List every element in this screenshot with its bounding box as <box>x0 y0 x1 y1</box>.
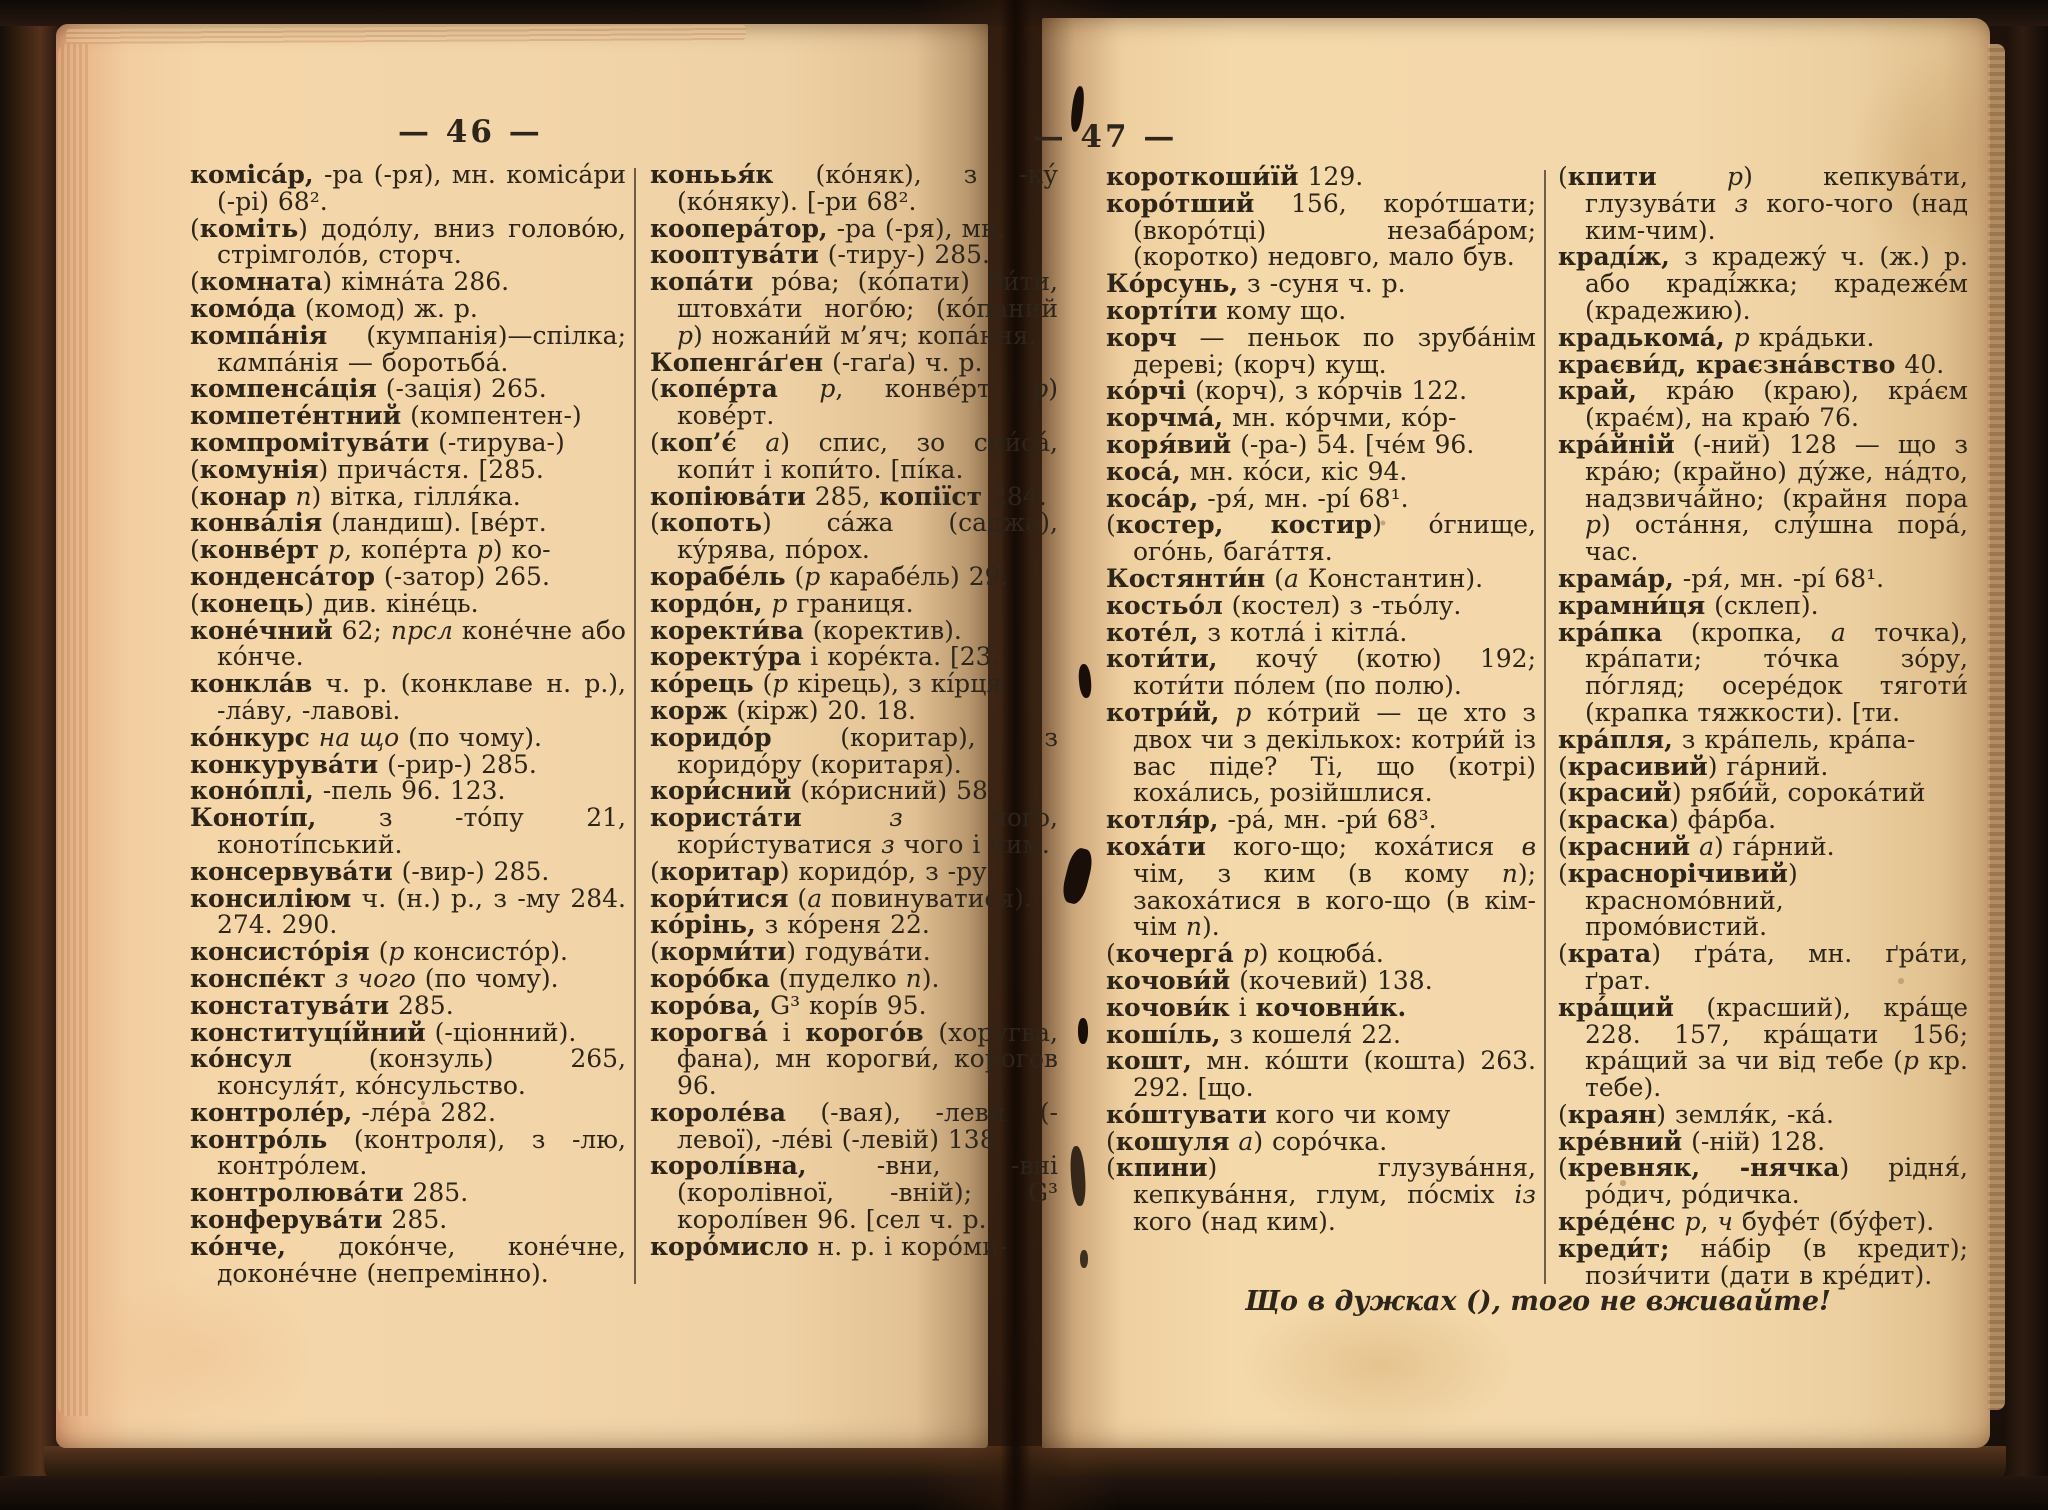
page-46-column-divider <box>634 168 636 1284</box>
dictionary-entry: кре́де́нс р, ч буфе́т (бу́фет). <box>1558 1209 1968 1236</box>
dictionary-entry: краді́ж, з крадежу́ ч. (ж.) р. або краді… <box>1558 244 1968 324</box>
page-47-column-1: короткоши́їй 129.коро́тший 156, коро́тша… <box>1106 164 1536 1280</box>
dictionary-entry: кра́пля, з кра́пель, кра́па- <box>1558 727 1968 754</box>
dictionary-entry: коші́ль, з кошеля́ 22. <box>1106 1022 1536 1049</box>
dictionary-entry: (кревняк, -нячка) рідня́, ро́дич, ро́дич… <box>1558 1155 1968 1209</box>
dictionary-entry: крадькома́, р кра́дьки. <box>1558 325 1968 352</box>
dictionary-entry: (красний а) га́рний. <box>1558 834 1968 861</box>
dictionary-entry: ко́нкурс на що (по чому). <box>190 725 626 752</box>
dictionary-entry: кра́пка (кропка, а точка), кра́пати; то́… <box>1558 620 1968 727</box>
dictionary-entry: коря́вий (-ра-) 54. [че́м 96. <box>1106 432 1536 459</box>
dictionary-entry: контро́ль (контроля), з -лю, контро́лем. <box>190 1127 626 1181</box>
dictionary-entry: край, кра́ю (краю), кра́єм (крає́м), на … <box>1558 378 1968 432</box>
page-number-46: — 46 — <box>398 114 538 150</box>
book-cover-left-edge <box>0 0 58 1510</box>
dictionary-entry: кре́вний (-ній) 128. <box>1558 1129 1968 1156</box>
dictionary-entry: (красий) ряби́й, сорока́тий <box>1558 780 1968 807</box>
dictionary-entry: комо́да (комод) ж. р. <box>190 296 626 323</box>
page-47-column-divider <box>1544 170 1546 1284</box>
dictionary-entry: коопера́тор, -ра (-ря), мн. <box>650 216 1058 243</box>
dictionary-entry: Костянти́н (а Константин). <box>1106 566 1536 593</box>
dictionary-entry: коро́ва, G³ корі́в 95. <box>650 993 1058 1020</box>
photo-bottom-edge <box>0 1476 2048 1510</box>
dictionary-entry: коса́, мн. ко́си, кіс 94. <box>1106 459 1536 486</box>
dictionary-entry: коро́тший 156, коро́тшати; (вкоро́тці) н… <box>1106 191 1536 271</box>
dictionary-entry: контролюва́ти 285. <box>190 1180 626 1207</box>
dictionary-entry: костьо́л (костел) з -тьо́лу. <box>1106 593 1536 620</box>
dictionary-entry: коньья́к (ко́няк), з -ку́ (ко́няку). [-р… <box>650 162 1058 216</box>
dictionary-entry: конферува́ти 285. <box>190 1207 626 1234</box>
dictionary-entry: (комунія) прича́стя. [285. <box>190 457 626 484</box>
dictionary-entry: (костер, костир) о́гнище, ого́нь, бага́т… <box>1106 512 1536 566</box>
dictionary-entry: конституці́йний (-ціонний). <box>190 1020 626 1047</box>
dictionary-entry: ко́рець (р кірець), з кі́рця <box>650 671 1058 698</box>
dictionary-entry: (конар п) вітка, гілля́ка. <box>190 484 626 511</box>
page-stack-left-edge <box>58 44 88 1416</box>
dictionary-entry: (кошуля а) соро́чка. <box>1106 1129 1536 1156</box>
dictionary-entry: копіюва́ти 285, копіїст 284. <box>650 484 1058 511</box>
usage-footnote: Що в дужках (), того не вживайте! <box>1106 1286 1970 1317</box>
dictionary-entry: коро́бка (пуделко п). <box>650 966 1058 993</box>
dictionary-entry: (комната) кімна́та 286. <box>190 269 626 296</box>
dictionary-entry: кочови́к і кочовни́к. <box>1106 995 1536 1022</box>
dictionary-entry: креди́т; на́бір (в кредит); пози́чити (д… <box>1558 1236 1968 1290</box>
dictionary-entry: Коноті́п, з -то́пу 21, коноті́пський. <box>190 805 626 859</box>
dictionary-entry: Ко́рсунь, з -суня ч. р. <box>1106 271 1536 298</box>
dictionary-entry: (коміть) додо́лу, вниз голово́ю, стрімго… <box>190 216 626 270</box>
dictionary-entry: (коритар) коридо́р, з -ру. <box>650 859 1058 886</box>
dictionary-entry: кордо́н, р границя. <box>650 591 1058 618</box>
dictionary-entry: короле́ва (-вая), -леви (-левої), -ле́ві… <box>650 1100 1058 1154</box>
dictionary-entry: корті́ти кому що. <box>1106 298 1536 325</box>
page-46-column-1: коміса́р, -ра (-ря), мн. коміса́ри (-рі)… <box>190 162 626 1304</box>
dictionary-entry: коридо́р (коритар), з коридо́ру (коритар… <box>650 725 1058 779</box>
dictionary-entry: (кпини) глузува́ння, кепкува́ння, глум, … <box>1106 1155 1536 1235</box>
dictionary-entry: котля́р, -ра́, мн. -ри́ 68³. <box>1106 807 1536 834</box>
dictionary-entry: кра́щий (красший), кра́ще 228. 157, кра́… <box>1558 995 1968 1102</box>
dictionary-entry: конкла́в ч. р. (конклаве н. р.), -ла́ву,… <box>190 671 626 725</box>
dictionary-entry: (крата) ґра́та, мн. ґра́ти, ґрат. <box>1558 941 1968 995</box>
dictionary-entry: консисто́рія (р консисто́р). <box>190 939 626 966</box>
dictionary-entry: конспе́кт з чого (по чому). <box>190 966 626 993</box>
dictionary-entry: коно́плі, -пель 96. 123. <box>190 778 626 805</box>
dictionary-entry: коректу́ра і коре́кта. [23. <box>650 644 1058 671</box>
dictionary-entry: корч — пеньок по зруба́нім дереві; (корч… <box>1106 325 1536 379</box>
dictionary-entry: ко́рчі (корч), з ко́рчів 122. <box>1106 378 1536 405</box>
dictionary-entry: (краска) фа́рба. <box>1558 807 1968 834</box>
dictionary-entry: констатува́ти 285. <box>190 993 626 1020</box>
dictionary-entry: (корми́ти) годува́ти. <box>650 939 1058 966</box>
dictionary-entry: користа́ти з чого, кори́стуватися з чого… <box>650 805 1058 859</box>
dictionary-entry: (копоть) са́жа (саджа), ку́рява, по́рох. <box>650 510 1058 564</box>
dictionary-entry: (конець) див. кіне́ць. <box>190 591 626 618</box>
dictionary-entry: кори́сний (ко́рисний) 58. <box>650 778 1058 805</box>
dictionary-entry: (конве́рт р, копе́рта р) ко- <box>190 537 626 564</box>
dictionary-entry: (кочерга́ р) коцюба́. <box>1106 941 1536 968</box>
dictionary-entry: компромітува́ти (-тирува-) <box>190 430 626 457</box>
dictionary-entry: ко́нче, доко́нче, коне́чне, доконе́чне (… <box>190 1234 626 1288</box>
gutter-tear-mark <box>1078 1018 1088 1044</box>
dictionary-entry: контроле́р, -ле́ра 282. <box>190 1100 626 1127</box>
dictionary-entry: (копе́рта р, конве́рт р) кове́рт. <box>650 376 1058 430</box>
dictionary-entry: корж (кірж) 20. 18. <box>650 698 1058 725</box>
dictionary-entry: копа́ти ро́ва; (ко́пати) би́ти, штовха́т… <box>650 269 1058 349</box>
dictionary-entry: компете́нтний (компентен-) <box>190 403 626 430</box>
dictionary-entry: котри́й, р ко́трий — це хто з двох чи з … <box>1106 700 1536 807</box>
dictionary-entry: корчма́, мн. ко́рчми, ко́р- <box>1106 405 1536 432</box>
dictionary-entry: конденса́тор (-затор) 265. <box>190 564 626 591</box>
dictionary-entry: коміса́р, -ра (-ря), мн. коміса́ри (-рі)… <box>190 162 626 216</box>
dictionary-entry: коти́ти, кочу́ (котю) 192; коти́ти по́ле… <box>1106 646 1536 700</box>
dictionary-entry: ко́рінь, з ко́реня 22. <box>650 912 1058 939</box>
dictionary-entry: консиліюм ч. (н.) р., з -му 284. 274. 29… <box>190 886 626 940</box>
page-46-column-2: коньья́к (ко́няк), з -ку́ (ко́няку). [-р… <box>650 162 1058 1304</box>
dictionary-entry: кори́тися (а повинуватися). <box>650 886 1058 913</box>
dictionary-entry: коха́ти кого-що; коха́тися в чім, з ким … <box>1106 834 1536 941</box>
dictionary-entry: коса́р, -ря́, мн. -рі́ 68¹. <box>1106 486 1536 513</box>
dictionary-entry: конва́лія (ландиш). [ве́рт. <box>190 510 626 537</box>
dictionary-entry: кра́йній (-ний) 128 — що з кра́ю; (крайн… <box>1558 432 1968 566</box>
gutter-tear-mark <box>1080 1250 1088 1268</box>
dictionary-entry: компа́нія (кумпанія)—спілка; кампа́нія —… <box>190 323 626 377</box>
dictionary-entry: компенса́ція (-зація) 265. <box>190 376 626 403</box>
dictionary-entry: коте́л, з котла́ і кітла́. <box>1106 620 1536 647</box>
dictionary-entry: корабе́ль (р карабе́ль) 29. <box>650 564 1058 591</box>
page-47-column-2: (кпити р) кепкува́ти, глузува́ти з кого-… <box>1558 164 1968 1306</box>
dictionary-entry: Копенга́ґен (-гаґа) ч. р. <box>650 350 1058 377</box>
dictionary-entry: коро́мисло н. р. і коро́ми- <box>650 1234 1058 1261</box>
page-stack-right-edge <box>1988 44 2005 1410</box>
dictionary-entry: коне́чний 62; прсл коне́чне або ко́нче. <box>190 618 626 672</box>
dictionary-entry: (краснорічивий) красномо́вний, промо́вис… <box>1558 861 1968 941</box>
dictionary-entry: королі́вна, -вни, -вні (королівної, -вні… <box>650 1153 1058 1233</box>
dictionary-entry: коректи́ва (коректив). <box>650 618 1058 645</box>
dictionary-entry: кошт, мн. ко́шти (кошта) 263. 292. [що. <box>1106 1048 1536 1102</box>
dictionary-entry: корогва́ і корого́в (хоругва, фана), мн … <box>650 1020 1058 1100</box>
dictionary-entry: (красивий) га́рний. <box>1558 754 1968 781</box>
dictionary-entry: крама́р, -ря́, мн. -рі́ 68¹. <box>1558 566 1968 593</box>
dictionary-entry: ко́штувати кого чи кому <box>1106 1102 1536 1129</box>
dictionary-entry: короткоши́їй 129. <box>1106 164 1536 191</box>
dictionary-entry: кочови́й (кочевий) 138. <box>1106 968 1536 995</box>
dictionary-entry: (кпити р) кепкува́ти, глузува́ти з кого-… <box>1558 164 1968 244</box>
book-cover-right-edge <box>2006 0 2048 1510</box>
dictionary-entry: (коп’є́ а) спис, зо спи́са́, копи́т і ко… <box>650 430 1058 484</box>
dictionary-entry: краєви́д, краєзна́вство 40. <box>1558 352 1968 379</box>
dictionary-entry: кооптува́ти (-тиру-) 285. <box>650 242 1058 269</box>
dictionary-entry: ко́нсул (конзуль) 265, консуля́т, ко́нсу… <box>190 1046 626 1100</box>
dictionary-entry: конкурува́ти (-рир-) 285. <box>190 752 626 779</box>
page-number-47: — 47 — <box>1032 119 1178 155</box>
dictionary-entry: крамни́ця (склеп). <box>1558 593 1968 620</box>
dictionary-entry: (краян) земля́к, -ка́. <box>1558 1102 1968 1129</box>
dictionary-entry: консервува́ти (-вир-) 285. <box>190 859 626 886</box>
foxing-specks <box>0 0 2 2</box>
